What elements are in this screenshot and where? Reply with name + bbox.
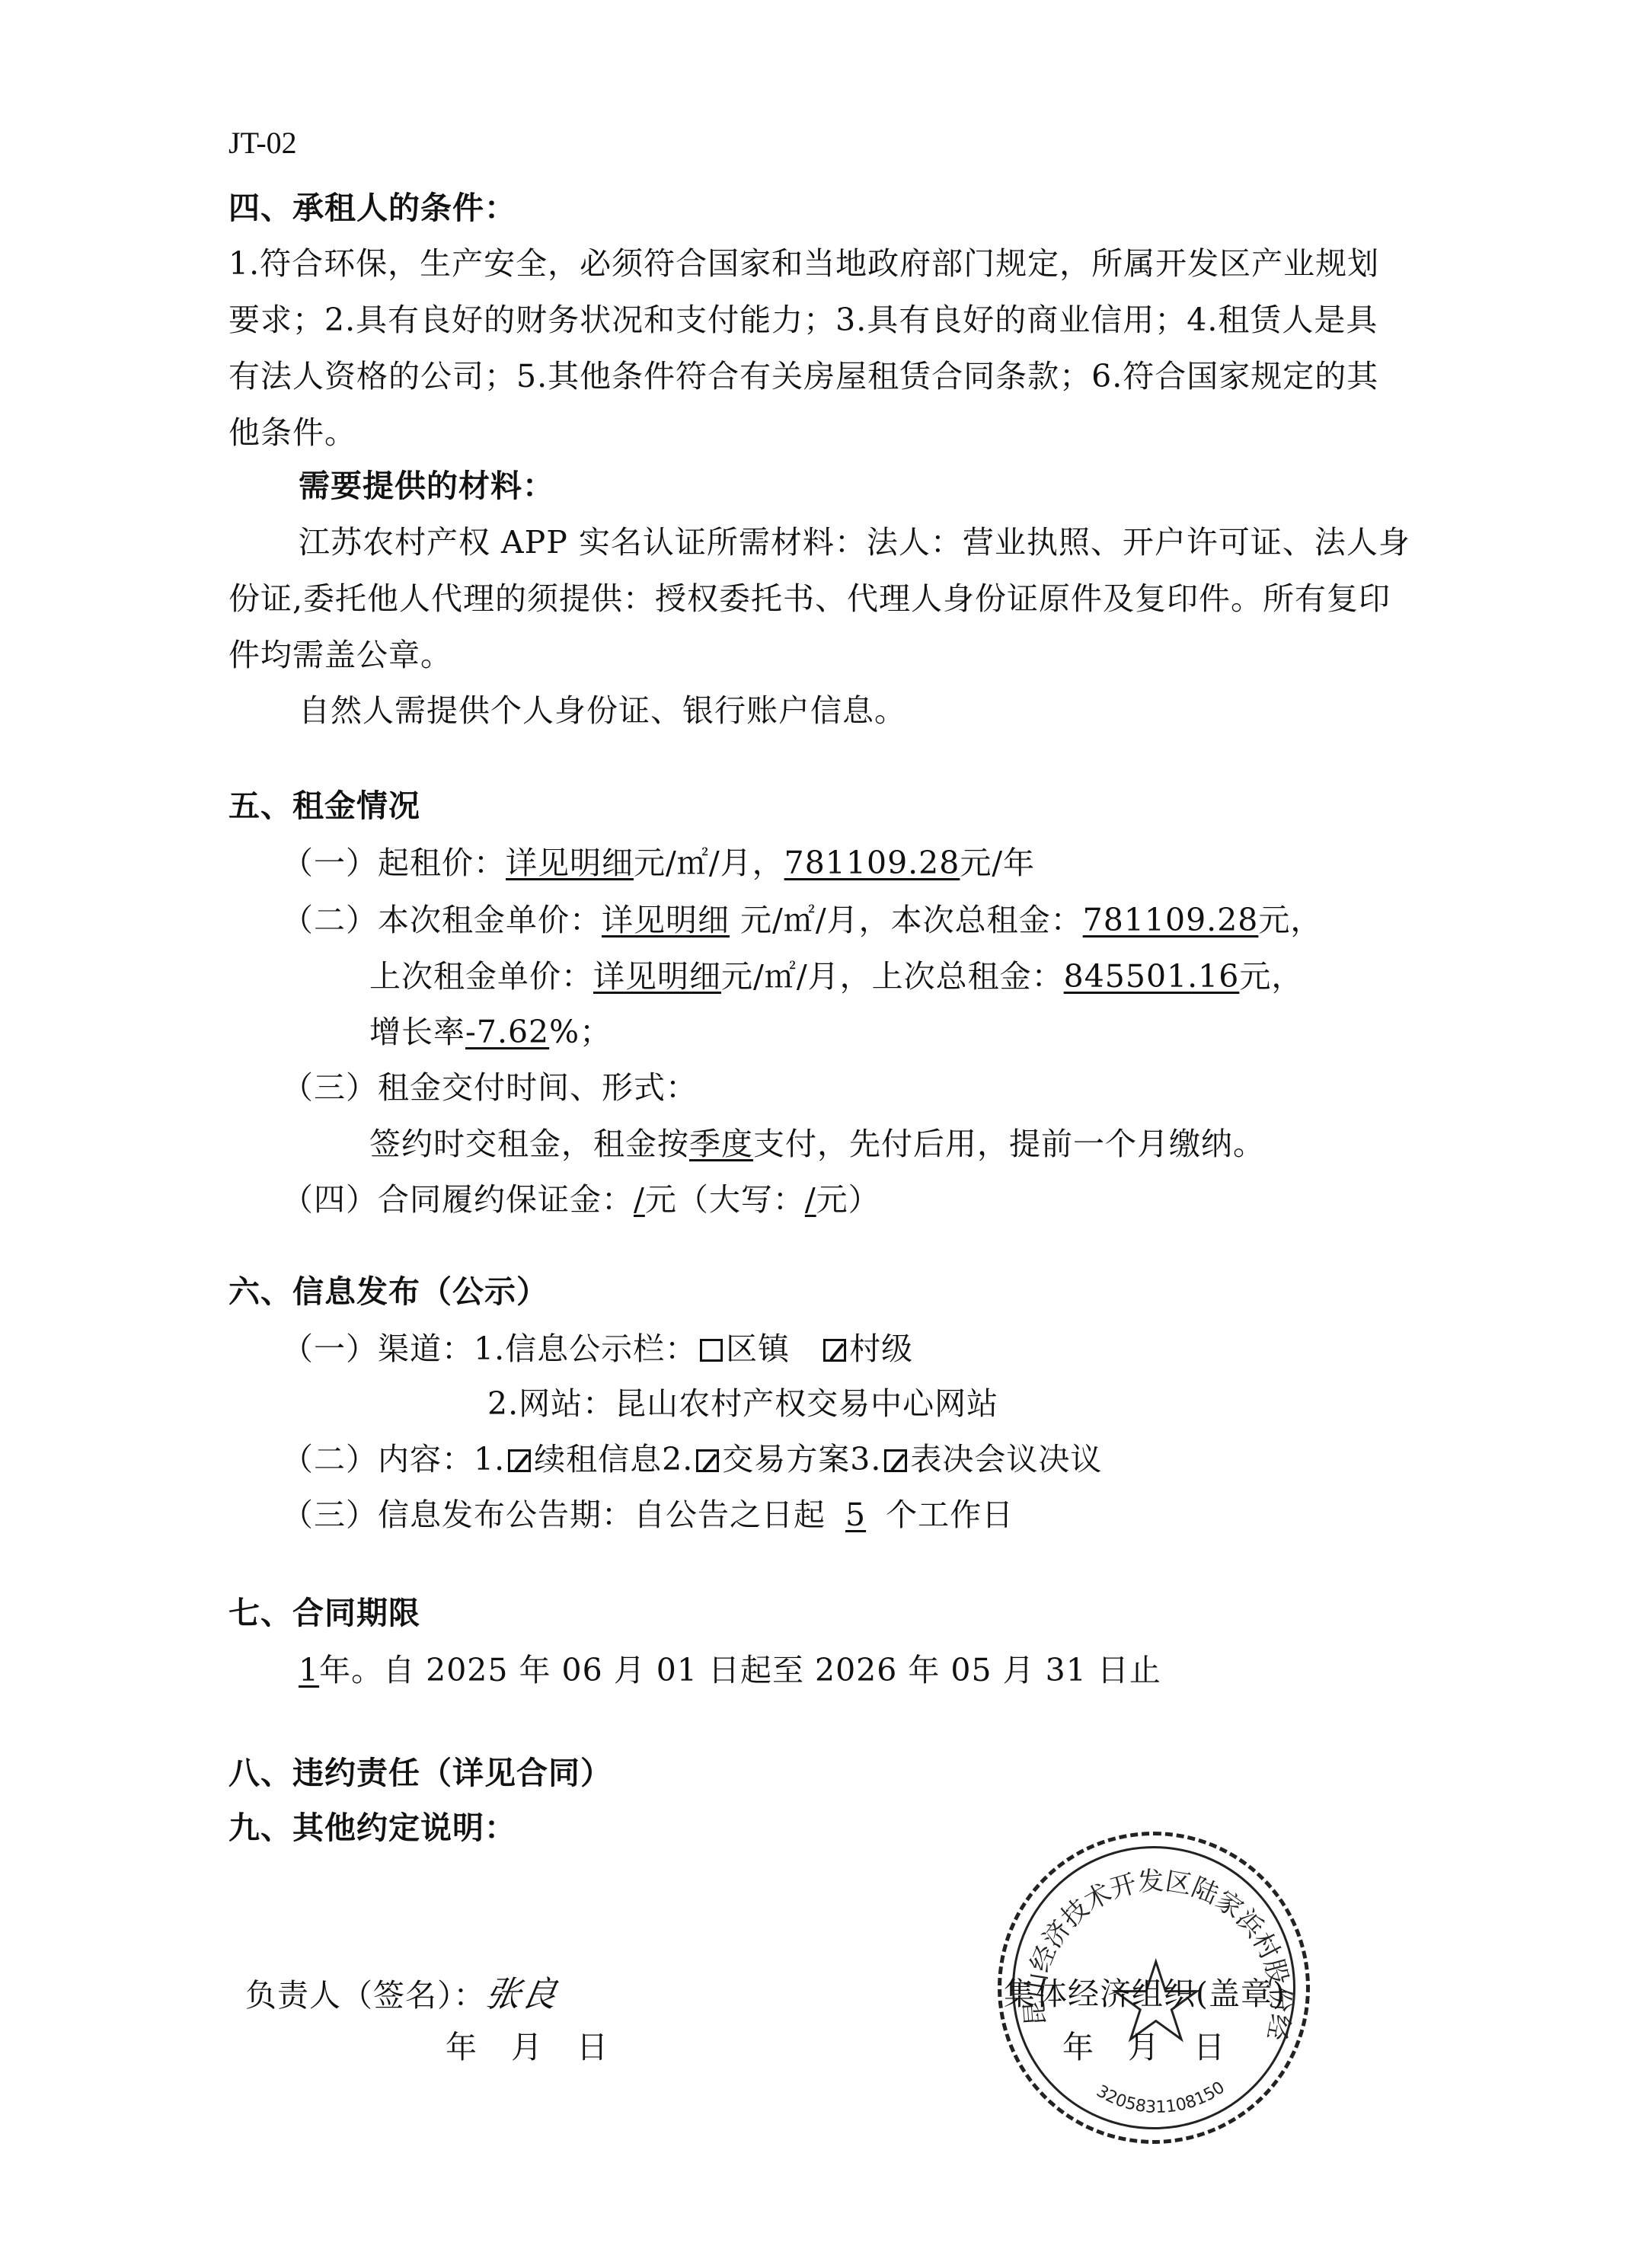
section-4-line-1: 1.符合环保，生产安全，必须符合国家和当地政府部门规定，所属开发区产业规划: [228, 242, 1379, 285]
checkbox-village-level[interactable]: [823, 1339, 846, 1362]
payment-period: 季度: [689, 1126, 753, 1162]
deposit-amount-words: /: [805, 1181, 816, 1218]
seal-date: 年 月 日: [1062, 2026, 1225, 2068]
starting-rent-line: （一）起租价：详见明细元/㎡/月，781109.28元/年: [282, 842, 1035, 884]
signature-label: 负责人（签名）：: [245, 1977, 486, 2014]
performance-deposit-line: （四）合同履约保证金：/元（大写：/元）: [282, 1178, 880, 1221]
growth-rate-line: 增长率-7.62%；: [369, 1011, 612, 1053]
section-4-line-2: 要求；2.具有良好的财务状况和支付能力；3.具有良好的商业信用；4.租赁人是具: [228, 299, 1378, 341]
svg-text:3205831108150: 3205831108150: [1093, 2078, 1228, 2117]
contract-years: 1: [299, 1652, 319, 1688]
content-label: （二）内容：: [282, 1441, 474, 1477]
starting-annual-suffix: 元/年: [960, 845, 1035, 881]
deposit-amount: /: [634, 1181, 645, 1218]
checkbox-district-town-label: 区镇: [726, 1330, 790, 1367]
announcement-period-line: （三）信息发布公告期：自公告之日起5个工作日: [282, 1493, 1014, 1536]
document-code: JT-02: [228, 122, 297, 165]
deposit-suffix: 元）: [816, 1181, 880, 1218]
signature-line: 负责人（签名）：张良: [245, 1973, 557, 2017]
deposit-label: （四）合同履约保证金：: [282, 1181, 634, 1218]
starting-rent-label: （一）起租价：: [282, 845, 506, 881]
content-item-3-label: 表决会议决议: [910, 1441, 1102, 1477]
natural-person-note: 自然人需提供个人身份证、银行账户信息。: [299, 689, 906, 732]
channel-line: （一）渠道：1.信息公示栏：区镇村级: [282, 1327, 913, 1370]
section-9-title: 九、其他约定说明：: [228, 1806, 516, 1849]
current-total-rent: 781109.28: [1083, 902, 1259, 938]
growth-rate-suffix: %；: [549, 1014, 612, 1050]
announcement-period-label: （三）信息发布公告期：自公告之日起: [282, 1497, 826, 1533]
materials-line-2: 份证,委托他人代理的须提供：授权委托书、代理人身份证原件及复印件。所有复印: [228, 577, 1391, 620]
starting-annual-rent: 781109.28: [784, 845, 960, 881]
document-page: JT-02 四、承租人的条件： 1.符合环保，生产安全，必须符合国家和当地政府部…: [0, 0, 1645, 2268]
deposit-mid: 元（大写：: [645, 1181, 805, 1218]
checkbox-district-town[interactable]: [700, 1339, 723, 1362]
payment-terms-before: 签约时交租金，租金按: [369, 1126, 689, 1162]
previous-total-rent: 845501.16: [1064, 958, 1240, 995]
starting-unit-price: 详见明细: [506, 845, 634, 881]
section-7-title: 七、合同期限: [228, 1592, 420, 1634]
growth-rate-value: -7.62: [465, 1014, 549, 1050]
signature-date: 年 月 日: [446, 2026, 608, 2068]
payment-terms-title: （三）租金交付时间、形式：: [282, 1066, 698, 1109]
content-line: （二）内容：1.续租信息2.交易方案3.表决会议决议: [282, 1438, 1102, 1481]
content-item-3-num: 3.: [850, 1441, 881, 1477]
previous-unit-price: 详见明细: [593, 958, 721, 995]
payment-terms-after: 支付，先付后用，提前一个月缴纳。: [753, 1126, 1265, 1162]
current-total-suffix: 元，: [1258, 902, 1322, 938]
section-5-title: 五、租金情况: [228, 784, 420, 827]
checkbox-village-level-label: 村级: [849, 1330, 913, 1367]
section-8-title: 八、违约责任（详见合同）: [228, 1752, 612, 1794]
materials-line-1: 江苏农村产权 APP 实名认证所需材料：法人：营业执照、开户许可证、法人身: [299, 521, 1410, 564]
section-4-title: 四、承租人的条件：: [228, 187, 516, 229]
previous-total-suffix: 元，: [1239, 958, 1303, 995]
current-rent-label: （二）本次租金单价：: [282, 902, 602, 938]
growth-rate-label: 增长率: [369, 1014, 465, 1050]
materials-title: 需要提供的材料：: [299, 465, 554, 507]
starting-unit-suffix: 元/㎡/月，: [634, 845, 784, 881]
previous-unit-suffix: 元/㎡/月，上次总租金：: [721, 958, 1064, 995]
content-item-1-label: 续租信息: [534, 1441, 662, 1477]
content-item-2-num: 2.: [662, 1441, 693, 1477]
payment-terms-text: 签约时交租金，租金按季度支付，先付后用，提前一个月缴纳。: [369, 1123, 1265, 1165]
section-4-line-4: 他条件。: [228, 411, 356, 454]
content-item-1-num: 1.: [474, 1441, 505, 1477]
checkbox-transaction-plan[interactable]: [696, 1449, 719, 1472]
section-4-line-3: 有法人资格的公司；5.其他条件符合有关房屋租赁合同条款；6.符合国家规定的其: [228, 355, 1378, 398]
previous-rent-label: 上次租金单价：: [369, 958, 593, 995]
current-unit-suffix: 元/㎡/月，本次总租金：: [730, 902, 1083, 938]
checkbox-renewal-info[interactable]: [508, 1449, 531, 1472]
current-unit-price: 详见明细: [602, 902, 730, 938]
section-6-title: 六、信息发布（公示）: [228, 1270, 548, 1313]
channel-label: （一）渠道：1.信息公示栏：: [282, 1330, 697, 1367]
previous-rent-line: 上次租金单价：详见明细元/㎡/月，上次总租金：845501.16元，: [369, 955, 1303, 998]
materials-line-3: 件均需盖公章。: [228, 634, 452, 676]
announcement-days: 5: [826, 1497, 886, 1533]
collective-org-seal-label: 集体经济组织(盖章): [1004, 1973, 1286, 2015]
content-item-2-label: 交易方案: [722, 1441, 850, 1477]
contract-term-text: 年。自 2025 年 06 月 01 日起至 2026 年 05 月 31 日止: [319, 1652, 1161, 1688]
announcement-period-suffix: 个工作日: [886, 1497, 1014, 1533]
checkbox-meeting-resolution[interactable]: [884, 1449, 907, 1472]
contract-term-line: 1年。自 2025 年 06 月 01 日起至 2026 年 05 月 31 日…: [299, 1649, 1161, 1691]
handwritten-signature: 张良: [482, 1973, 561, 2015]
website-line: 2.网站：昆山农村产权交易中心网站: [487, 1382, 998, 1425]
current-rent-line: （二）本次租金单价：详见明细 元/㎡/月，本次总租金：781109.28元，: [282, 899, 1322, 941]
